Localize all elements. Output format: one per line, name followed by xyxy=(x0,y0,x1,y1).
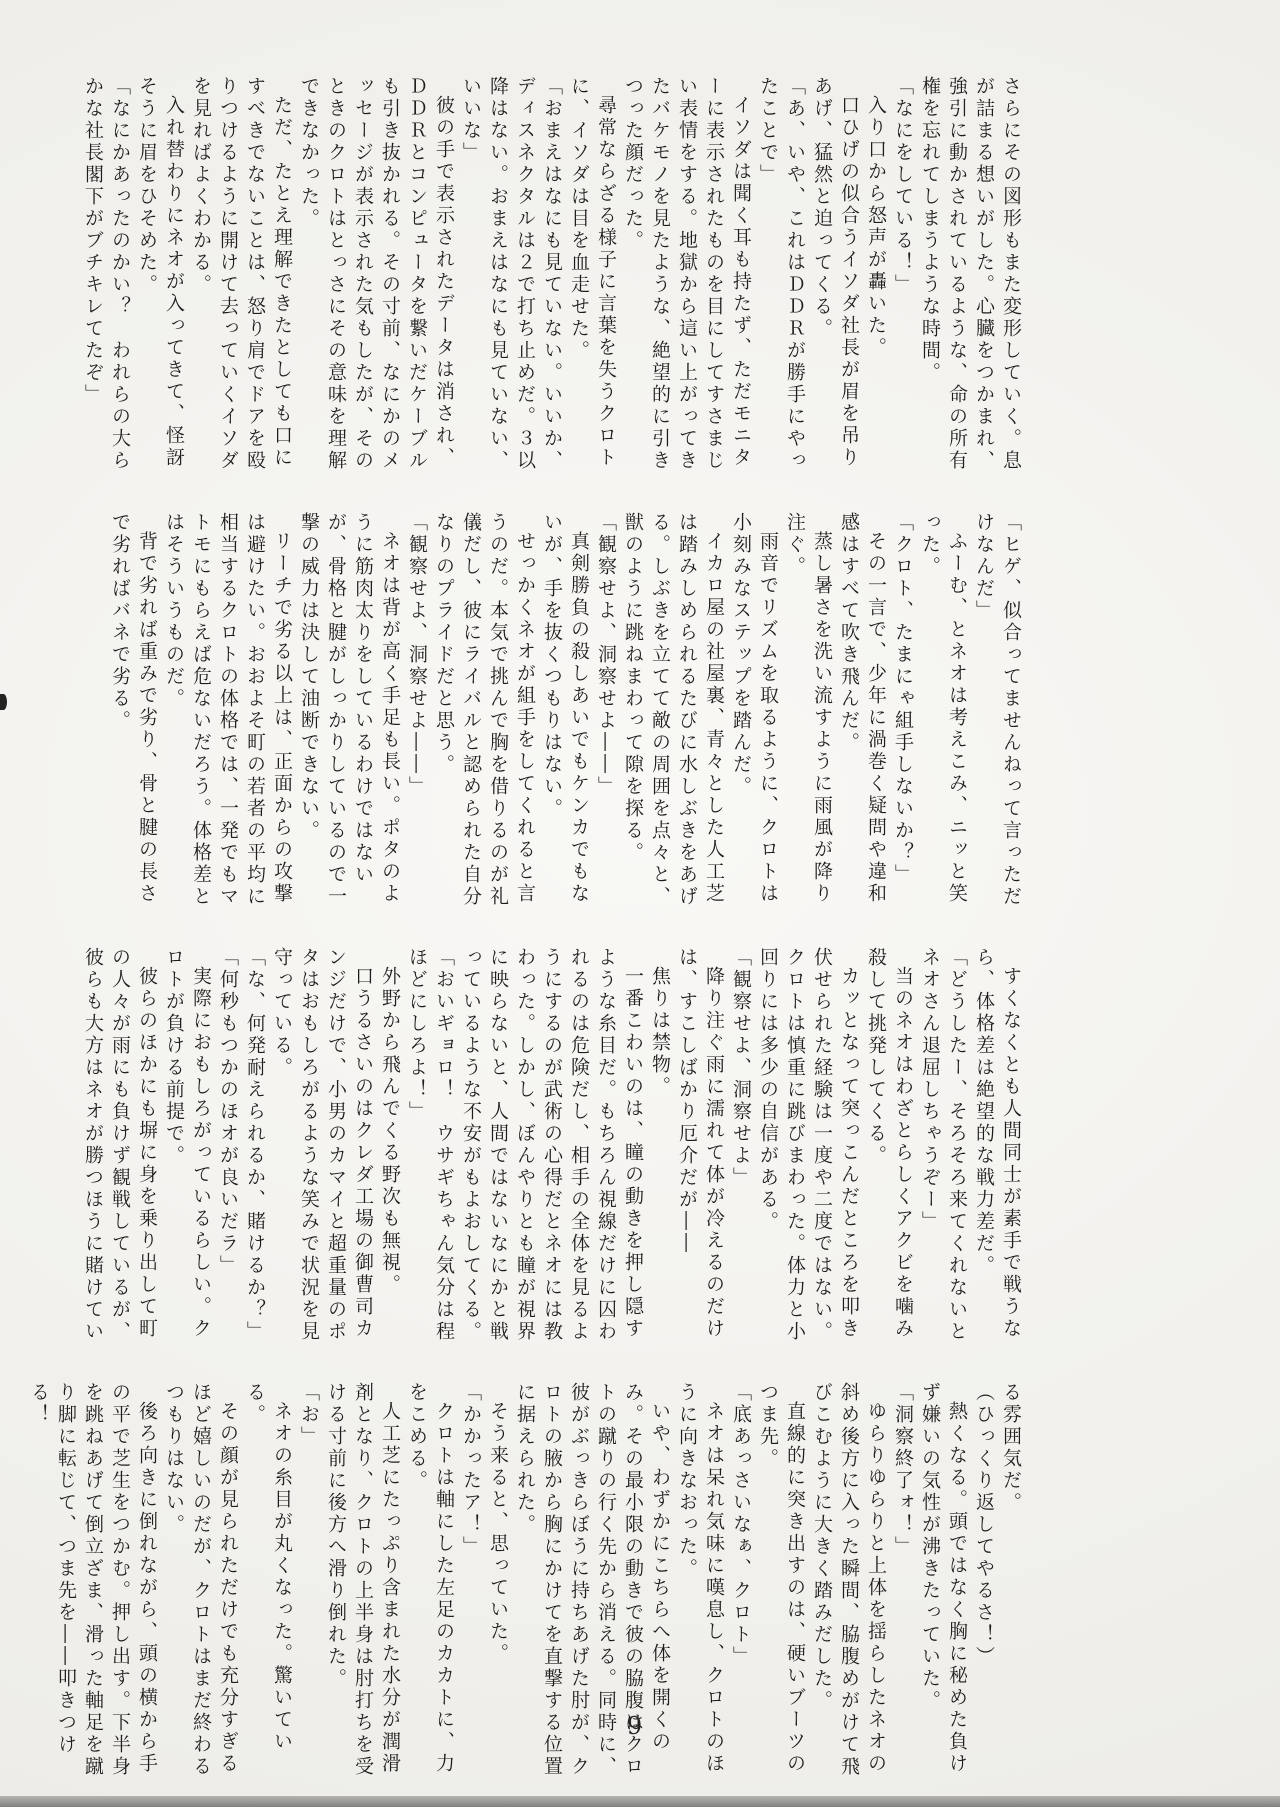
scan-bottom-edge xyxy=(0,1796,1280,1807)
paragraph: 「クロト、たまにゃ組手しないか？」 xyxy=(889,512,916,916)
paragraph: 入れ替わりにネオが入ってきて、怪訝そうに眉をひそめた。 xyxy=(133,76,187,480)
paragraph: 外野から飛んでくる野次も無視。 xyxy=(376,947,403,1351)
paragraph: 蒸し暑さを洗い流すように雨風が降り注ぐ。 xyxy=(781,512,835,916)
paragraph: 「観察せよ、洞察せよ――」 xyxy=(403,512,430,916)
paragraph: 「観察せよ、洞察せよ――」 xyxy=(592,512,619,916)
paragraph: ふーむ、とネオは考えこみ、ニッと笑った。 xyxy=(916,512,970,916)
paragraph: 「なにかあったのかい？ われらの大らかな社長閣下がブチキレてたぞ」 xyxy=(79,76,133,480)
paragraph: 「なにをしている！」 xyxy=(889,76,916,480)
paragraph: 「どうしたー、そろそろ来てくれないとネオさん退屈しちゃうぞー」 xyxy=(916,947,970,1351)
page-number: 9 xyxy=(0,1712,1270,1740)
paragraph: さらにその図形もまた変形していく。息が詰まる想いがした。心臓をつかまれ、強引に動… xyxy=(916,76,1024,480)
paragraph: 「あ、いや、これはＤＤＲが勝手にやったことで」 xyxy=(754,76,808,480)
paragraph: 焦りは禁物。 xyxy=(646,947,673,1351)
paragraph: 「な、何発耐えられるか、賭けるか？」 xyxy=(241,947,268,1351)
paragraph: せっかくネオが組手をしてくれると言うのだ。本気で挑んで胸を借りるのが礼儀だし、彼… xyxy=(430,512,538,916)
paragraph: 「おいギョロ！ ウサギちゃん気分は程ほどにしろよ！」 xyxy=(403,947,457,1351)
paragraph: 口ひげの似合うイソダ社長が眉を吊りあげ、猛然と迫ってくる。 xyxy=(808,76,862,480)
paragraph: 「おまえはなにも見ていない。いいか、ディスネクタルは２で打ち止めだ。３以降はない… xyxy=(457,76,565,480)
paragraph: 背で劣れば重みで劣り、骨と腱の長さで劣ればバネで劣る。 xyxy=(106,512,160,916)
paragraph: 一番こわいのは、瞳の動きを押し隠すような糸目だ。もちろん視線だけに囚われるのは危… xyxy=(457,947,646,1351)
paragraph: 入り口から怒声が轟いた。 xyxy=(862,76,889,480)
text-band-2: 「ヒゲ、似合ってませんねって言っただけなんだ」ふーむ、とネオは考えこみ、ニッと笑… xyxy=(78,512,1024,916)
paragraph: 実際におもしろがっているらしい。クロトが負ける前提で。 xyxy=(160,947,214,1351)
paragraph: 彼らのほかにも塀に身を乗り出して町の人々が雨にも負けず観戦しているが、彼らも大方… xyxy=(79,947,160,1351)
paragraph: 彼の手で表示されたデータは消され、ＤＤＲとコンピュータを繋いだケーブルも引き抜か… xyxy=(295,76,457,480)
paragraph: カッとなって突っこんだところを叩き伏せられた経験は一度や二度ではない。クロトは慎… xyxy=(754,947,862,1351)
paragraph: その一言で、少年に渦巻く疑問や違和感はすべて吹き飛んだ。 xyxy=(835,512,889,916)
paragraph: イカロ屋の社屋裏、青々とした人工芝は踏みしめられるたびに水しぶきをあげる。しぶき… xyxy=(619,512,727,916)
paragraph: ただ、たとえ理解できたとしても口にすべきでないことは、怒り肩でドアを殴りつけるよ… xyxy=(187,76,295,480)
paragraph: ネオは背が高く手足も長い。ポタのように筋肉太りをしているわけではないが、骨格と腱… xyxy=(295,512,403,916)
paragraph: 当のネオはわざとらしくアクビを噛み殺して挑発してくる。 xyxy=(862,947,916,1351)
scan-edge-speck xyxy=(0,694,7,710)
paragraph: 尋常ならざる様子に言葉を失うクロトに、イソダは目を血走せた。 xyxy=(565,76,619,480)
paragraph: 真剣勝負の殺しあいでもケンカでもないが、手を抜くつもりはない。 xyxy=(538,512,592,916)
text-band-1: さらにその図形もまた変形していく。息が詰まる想いがした。心臓をつかまれ、強引に動… xyxy=(78,76,1024,480)
paragraph: 降り注ぐ雨に濡れて体が冷えるのだけは、すこしばかり厄介だが―― xyxy=(673,947,727,1351)
paragraph: リーチで劣る以上は、正面からの攻撃は避けたい。おおよそ町の若者の平均に相当するク… xyxy=(160,512,295,916)
paragraph: イソダは聞く耳も持たず、ただモニターに表示されたものを目にしてすさまじい表情をす… xyxy=(619,76,754,480)
paragraph: 雨音でリズムを取るように、クロトは小刻みなステップを踏んだ。 xyxy=(727,512,781,916)
paragraph: すくなくとも人間同士が素手で戦うなら、体格差は絶望的な戦力差だ。 xyxy=(970,947,1024,1351)
paragraph: 「ヒゲ、似合ってませんねって言っただけなんだ」 xyxy=(970,512,1024,916)
paragraph: 「観察せよ、洞察せよ」 xyxy=(727,947,754,1351)
scanned-novel-page: さらにその図形もまた変形していく。息が詰まる想いがした。心臓をつかまれ、強引に動… xyxy=(0,0,1280,1807)
text-band-3: すくなくとも人間同士が素手で戦うなら、体格差は絶望的な戦力差だ。「どうしたー、そ… xyxy=(78,947,1024,1351)
paragraph: 口うるさいのはクレダ工場の御曹司カンジだけで、小男のカマイと超重量のポタはおもし… xyxy=(268,947,376,1351)
paragraph: 「何秒もつかのほオが良いだラ」 xyxy=(214,947,241,1351)
